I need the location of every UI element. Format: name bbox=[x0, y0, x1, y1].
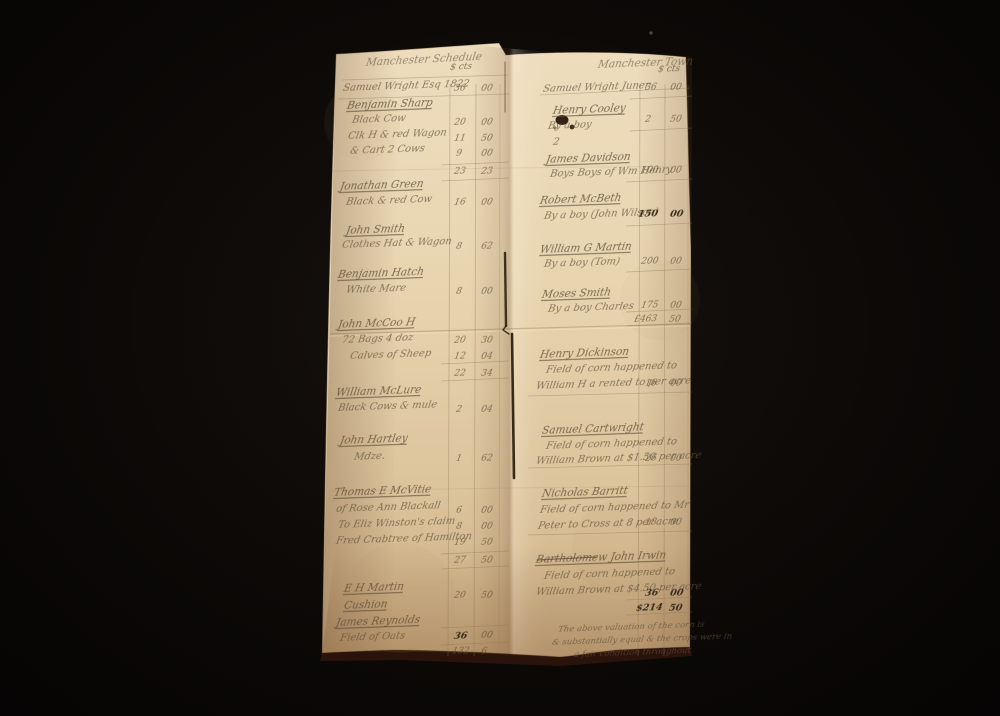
dust-speck bbox=[649, 31, 652, 34]
amount-value: 36 bbox=[453, 85, 466, 94]
amount-value: 20 bbox=[453, 337, 466, 346]
amount-value: 19 bbox=[453, 539, 466, 548]
amount-value: 50 bbox=[668, 604, 683, 614]
amount-value: $214 bbox=[635, 603, 663, 613]
amount-value: 200 bbox=[640, 257, 659, 267]
amount-value: 62 bbox=[480, 243, 493, 252]
entry-detail-line: Mdze. bbox=[353, 452, 386, 463]
amount-value: 23 bbox=[453, 168, 466, 177]
entry-name: Moses Smith bbox=[541, 288, 612, 301]
amount-value: 16 bbox=[453, 199, 466, 208]
amount-value: $ cts bbox=[657, 65, 680, 75]
amount-value: 27 bbox=[453, 557, 466, 566]
amount-value: 00 bbox=[480, 523, 493, 532]
amount-value: 23 bbox=[480, 168, 493, 177]
amount-value: 00 bbox=[669, 380, 682, 389]
amount-value: 50 bbox=[480, 539, 493, 548]
amount-value: 00 bbox=[480, 199, 493, 208]
amount-value: 100 bbox=[640, 166, 659, 176]
amount-value: 50 bbox=[668, 316, 681, 325]
amount-value: 30 bbox=[480, 337, 493, 346]
amount-value: $ cts bbox=[449, 63, 472, 73]
amount-value: 00 bbox=[480, 85, 493, 94]
amount-value: 00 bbox=[480, 288, 493, 297]
entry-name: John Hartley bbox=[339, 434, 408, 447]
amount-value: 132 bbox=[451, 647, 470, 657]
amount-value: 00 bbox=[669, 258, 682, 267]
entry-name: E H Martin bbox=[343, 582, 405, 595]
entry-name: John McCoo H bbox=[337, 317, 416, 330]
entry-name: Robert McBeth bbox=[539, 193, 622, 206]
amount-value: 00 bbox=[669, 589, 684, 599]
amount-value: 00 bbox=[669, 302, 682, 311]
amount-value: 18 bbox=[644, 519, 657, 528]
entry-detail-line: Black Cow bbox=[351, 114, 406, 126]
amount-value: 36 bbox=[644, 84, 657, 93]
amount-value: 22 bbox=[453, 370, 466, 379]
amount-value: 34 bbox=[480, 370, 493, 379]
entry-name: Cushion bbox=[343, 599, 388, 611]
entry-name: John Smith bbox=[345, 224, 406, 237]
amount-value: 62 bbox=[480, 455, 493, 464]
amount-value: 50 bbox=[480, 135, 493, 144]
amount-value: 11 bbox=[453, 135, 466, 144]
amount-value: 150 bbox=[637, 209, 659, 219]
amount-value: 20 bbox=[453, 119, 466, 128]
amount-value: 36 bbox=[644, 589, 659, 599]
entry-detail-line: White Mare bbox=[345, 284, 407, 296]
amount-value: 50 bbox=[480, 592, 493, 601]
amount-value: 04 bbox=[480, 353, 493, 362]
amount-value: 00 bbox=[480, 150, 493, 159]
amount-value: 00 bbox=[669, 455, 682, 464]
amount-value: 04 bbox=[480, 406, 493, 415]
amount-value: 26 bbox=[644, 455, 657, 464]
amount-value: 20 bbox=[453, 592, 466, 601]
amount-value: 16 bbox=[644, 380, 657, 389]
amount-value: 00 bbox=[480, 632, 493, 641]
amount-value: 00 bbox=[480, 119, 493, 128]
amount-value: 12 bbox=[453, 353, 466, 362]
amount-value: 50 bbox=[669, 116, 682, 125]
amount-value: 50 bbox=[480, 557, 493, 566]
entry-detail-line: By a boy bbox=[547, 120, 592, 132]
amount-value: 00 bbox=[480, 507, 493, 516]
amount-value: 00 bbox=[669, 167, 682, 176]
entry-name: Henry Cooley bbox=[552, 103, 626, 116]
amount-value: 36 bbox=[453, 632, 468, 642]
ledger-paper-graphic bbox=[0, 0, 1000, 716]
photo-scene: Manchester Schedule$ ctsManchester Town$… bbox=[0, 0, 1000, 716]
amount-value: 00 bbox=[669, 84, 682, 93]
entry-name: Jonathan Green bbox=[339, 179, 424, 192]
amount-value: £463 bbox=[633, 315, 657, 325]
amount-value: 00 bbox=[669, 210, 684, 220]
amount-value: 175 bbox=[640, 301, 659, 311]
amount-value: 00 bbox=[669, 519, 682, 528]
